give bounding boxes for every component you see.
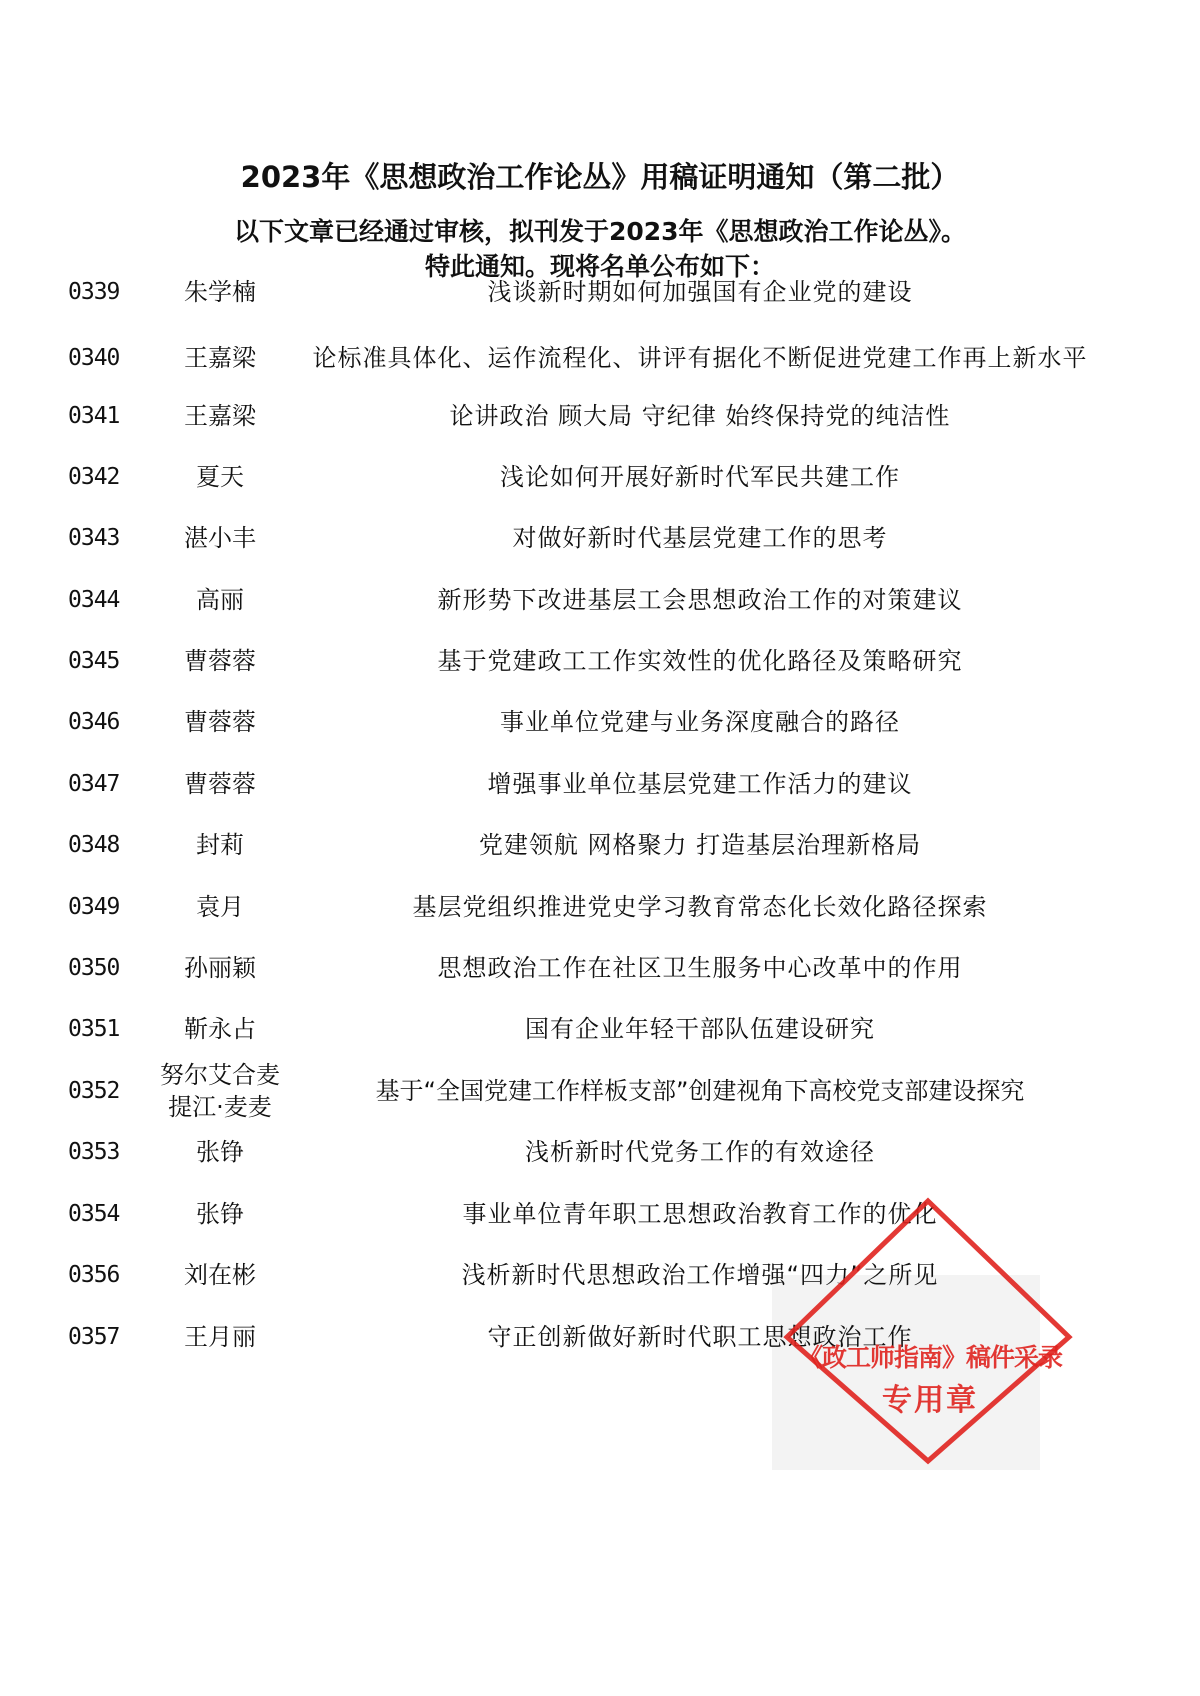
entry-code: 0339 [68,279,119,305]
list-item: 0347 曹蓉蓉 增强事业单位基层党建工作活力的建议 [0,754,1200,814]
list-item: 0353 张铮 浅析新时代党务工作的有效途径 [0,1122,1200,1182]
entry-article-title: 对做好新时代基层党建工作的思考 [305,522,1095,554]
list-item: 0344 高丽 新形势下改进基层工会思想政治工作的对策建议 [0,570,1200,630]
entry-author: 夏天 [140,461,300,493]
stamp-text-line2: 专用章 [790,1375,1070,1419]
entry-author: 靳永占 [140,1013,300,1045]
list-item: 0339 朱学楠 浅谈新时期如何加强国有企业党的建设 [0,262,1200,322]
entry-code: 0341 [68,403,119,429]
entry-author-line2: 提江·麦麦 [135,1091,305,1123]
entry-article-title: 基层党组织推进党史学习教育常态化长效化路径探索 [305,891,1095,923]
entry-article-title: 国有企业年轻干部队伍建设研究 [305,1013,1095,1045]
list-item: 0345 曹蓉蓉 基于党建政工工作实效性的优化路径及策略研究 [0,631,1200,691]
entry-author: 曹蓉蓉 [140,645,300,677]
entry-article-title: 增强事业单位基层党建工作活力的建议 [305,768,1095,800]
entry-code: 0342 [68,464,119,490]
list-item: 0351 靳永占 国有企业年轻干部队伍建设研究 [0,999,1200,1059]
entry-code: 0353 [68,1139,119,1165]
entry-article-title: 浅析新时代党务工作的有效途径 [305,1136,1095,1168]
entry-author: 封莉 [140,829,300,861]
entry-article-title: 基于“全国党建工作样板支部”创建视角下高校党支部建设探究 [305,1075,1095,1107]
entry-code: 0344 [68,587,119,613]
entry-article-title: 论标准具体化、运作流程化、讲评有据化不断促进党建工作再上新水平 [310,342,1090,374]
entry-code: 0357 [68,1324,119,1350]
entry-author-line1: 努尔艾合麦 [135,1059,305,1091]
entry-article-title: 浅论如何开展好新时代军民共建工作 [305,461,1095,493]
entry-code: 0343 [68,525,119,551]
list-item: 0352 努尔艾合麦 提江·麦麦 基于“全国党建工作样板支部”创建视角下高校党支… [0,1056,1200,1126]
entry-author: 高丽 [140,584,300,616]
entry-code: 0351 [68,1016,119,1042]
entry-article-title: 论讲政治 顾大局 守纪律 始终保持党的纯洁性 [305,400,1095,432]
stamp-text-line1: 《政工师指南》稿件采录 [790,1338,1070,1374]
list-item: 0346 曹蓉蓉 事业单位党建与业务深度融合的路径 [0,692,1200,752]
list-item: 0340 王嘉梁 论标准具体化、运作流程化、讲评有据化不断促进党建工作再上新水平 [0,323,1200,393]
entry-author: 刘在彬 [140,1259,300,1291]
entry-code: 0347 [68,771,119,797]
document-subtitle-line1: 以下文章已经通过审核，拟刊发于2023年《思想政治工作论丛》。 [0,212,1200,248]
entry-article-title: 党建领航 网格聚力 打造基层治理新格局 [305,829,1095,861]
entry-code: 0356 [68,1262,119,1288]
entry-code: 0340 [68,345,119,371]
list-item: 0342 夏天 浅论如何开展好新时代军民共建工作 [0,447,1200,507]
entry-author: 湛小丰 [140,522,300,554]
entry-author: 孙丽颖 [140,952,300,984]
entry-code: 0349 [68,894,119,920]
entry-author: 张铮 [140,1198,300,1230]
entry-article-title: 事业单位党建与业务深度融合的路径 [305,706,1095,738]
list-item: 0343 湛小丰 对做好新时代基层党建工作的思考 [0,508,1200,568]
entry-code: 0346 [68,709,119,735]
entry-code: 0352 [68,1078,119,1104]
entry-author: 努尔艾合麦 提江·麦麦 [135,1059,305,1123]
entry-author: 王嘉梁 [140,400,300,432]
entry-code: 0354 [68,1201,119,1227]
entry-article-title: 基于党建政工工作实效性的优化路径及策略研究 [305,645,1095,677]
entry-author: 张铮 [140,1136,300,1168]
list-item: 0350 孙丽颖 思想政治工作在社区卫生服务中心改革中的作用 [0,938,1200,998]
entry-author: 袁月 [140,891,300,923]
document-title: 2023年《思想政治工作论丛》用稿证明通知（第二批） [0,155,1200,196]
list-item: 0348 封莉 党建领航 网格聚力 打造基层治理新格局 [0,815,1200,875]
list-item: 0349 袁月 基层党组织推进党史学习教育常态化长效化路径探索 [0,877,1200,937]
list-item: 0341 王嘉梁 论讲政治 顾大局 守纪律 始终保持党的纯洁性 [0,386,1200,446]
entry-article-title: 浅谈新时期如何加强国有企业党的建设 [305,276,1095,308]
entry-author: 曹蓉蓉 [140,768,300,800]
entry-author: 曹蓉蓉 [140,706,300,738]
entry-author: 王嘉梁 [140,342,300,374]
stamp-diamond-icon [783,1197,1073,1465]
entry-code: 0348 [68,832,119,858]
entry-code: 0350 [68,955,119,981]
entry-article-title: 思想政治工作在社区卫生服务中心改革中的作用 [305,952,1095,984]
entry-article-title: 新形势下改进基层工会思想政治工作的对策建议 [305,584,1095,616]
entry-code: 0345 [68,648,119,674]
entry-author: 王月丽 [140,1321,300,1353]
entry-author: 朱学楠 [140,276,300,308]
